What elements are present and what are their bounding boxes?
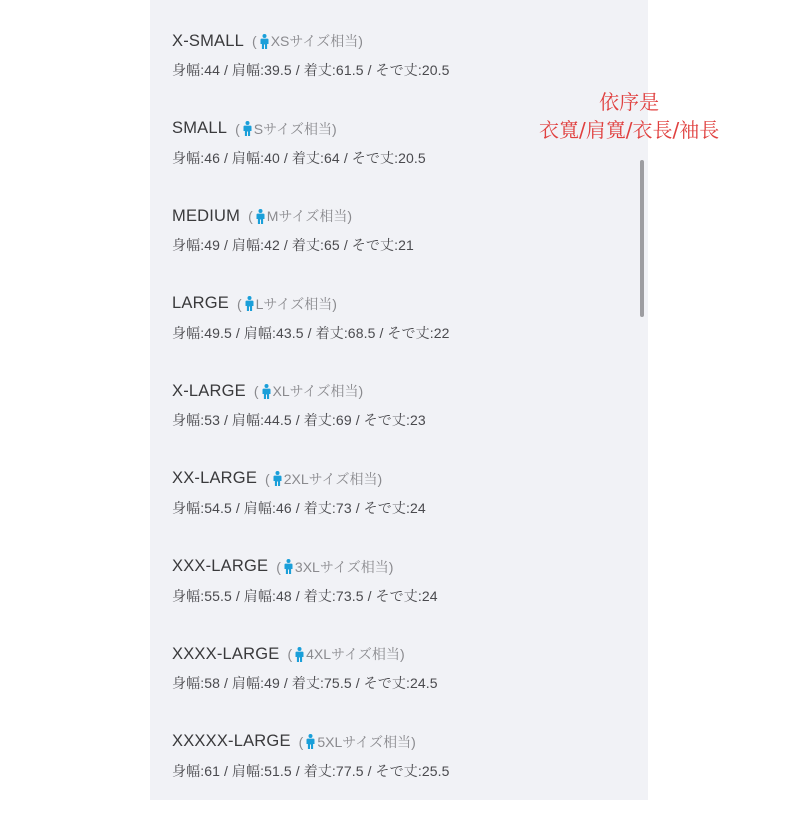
size-title: SMALL ( Sサイズ相当 )	[172, 116, 449, 142]
size-title: XXXXX-LARGE ( 5XLサイズ相当 )	[172, 729, 449, 755]
size-equivalent: ( 4XLサイズ相当 )	[287, 644, 404, 664]
size-measurements: 身幅:49 / 肩幅:42 / 着丈:65 / そで丈:21	[172, 235, 449, 255]
paren-open: (	[237, 296, 242, 312]
annotation-line-1: 依序是	[539, 88, 719, 116]
size-measurements: 身幅:53 / 肩幅:44.5 / 着丈:69 / そで丈:23	[172, 410, 449, 430]
size-measurements: 身幅:54.5 / 肩幅:46 / 着丈:73 / そで丈:24	[172, 498, 449, 518]
paren-close: )	[347, 208, 352, 224]
size-equivalent: ( Mサイズ相当 )	[248, 206, 352, 226]
size-name: SMALL	[172, 119, 227, 138]
measurement-order-annotation: 依序是 衣寬/肩寬/衣長/袖長	[539, 88, 719, 144]
size-title: MEDIUM ( Mサイズ相当 )	[172, 203, 449, 229]
size-name: XX-LARGE	[172, 469, 257, 488]
size-measurements: 身幅:61 / 肩幅:51.5 / 着丈:77.5 / そで丈:25.5	[172, 761, 449, 781]
paren-close: )	[400, 646, 405, 662]
size-item-s: SMALL ( Sサイズ相当 ) 身幅:46 / 肩幅:40 / 着丈:64 /…	[172, 116, 449, 204]
size-item-m: MEDIUM ( Mサイズ相当 ) 身幅:49 / 肩幅:42 / 着丈:65 …	[172, 203, 449, 291]
paren-open: (	[254, 383, 259, 399]
paren-close: )	[359, 383, 364, 399]
vertical-scrollbar[interactable]	[640, 160, 644, 317]
size-measurements: 身幅:55.5 / 肩幅:48 / 着丈:73.5 / そで丈:24	[172, 586, 449, 606]
size-equiv-label: 2XLサイズ相当	[284, 469, 378, 489]
paren-close: )	[332, 296, 337, 312]
size-name: X-LARGE	[172, 382, 246, 401]
size-equivalent: ( 5XLサイズ相当 )	[299, 732, 416, 752]
person-icon	[262, 384, 271, 399]
size-equivalent: ( Lサイズ相当 )	[237, 294, 337, 314]
size-equiv-label: 3XLサイズ相当	[295, 557, 389, 577]
person-icon	[256, 209, 265, 224]
size-equiv-label: XLサイズ相当	[273, 381, 359, 401]
size-item-2xl: XX-LARGE ( 2XLサイズ相当 ) 身幅:54.5 / 肩幅:46 / …	[172, 466, 449, 554]
size-name: MEDIUM	[172, 207, 240, 226]
size-name: LARGE	[172, 294, 229, 313]
size-title: X-SMALL ( XSサイズ相当 )	[172, 28, 449, 54]
size-title: LARGE ( Lサイズ相当 )	[172, 291, 449, 317]
size-item-4xl: XXXX-LARGE ( 4XLサイズ相当 ) 身幅:58 / 肩幅:49 / …	[172, 641, 449, 729]
size-list: X-SMALL ( XSサイズ相当 ) 身幅:44 / 肩幅:39.5 / 着丈…	[172, 28, 449, 800]
size-name: XXX-LARGE	[172, 557, 268, 576]
size-item-xl: X-LARGE ( XLサイズ相当 ) 身幅:53 / 肩幅:44.5 / 着丈…	[172, 378, 449, 466]
paren-close: )	[358, 33, 363, 49]
size-name: XXXX-LARGE	[172, 645, 279, 664]
size-item-5xl: XXXXX-LARGE ( 5XLサイズ相当 ) 身幅:61 / 肩幅:51.5…	[172, 729, 449, 800]
size-equivalent: ( Sサイズ相当 )	[235, 119, 337, 139]
person-icon	[243, 121, 252, 136]
size-equivalent: ( XLサイズ相当 )	[254, 381, 363, 401]
person-icon	[284, 559, 293, 574]
size-measurements: 身幅:49.5 / 肩幅:43.5 / 着丈:68.5 / そで丈:22	[172, 323, 449, 343]
size-equiv-label: Lサイズ相当	[256, 294, 333, 314]
person-icon	[245, 296, 254, 311]
size-equivalent: ( 2XLサイズ相当 )	[265, 469, 382, 489]
size-item-l: LARGE ( Lサイズ相当 ) 身幅:49.5 / 肩幅:43.5 / 着丈:…	[172, 291, 449, 379]
paren-close: )	[332, 121, 337, 137]
person-icon	[295, 647, 304, 662]
size-equiv-label: Sサイズ相当	[254, 119, 332, 139]
size-equiv-label: XSサイズ相当	[271, 31, 359, 51]
size-title: X-LARGE ( XLサイズ相当 )	[172, 378, 449, 404]
size-measurements: 身幅:46 / 肩幅:40 / 着丈:64 / そで丈:20.5	[172, 148, 449, 168]
paren-close: )	[389, 559, 394, 575]
size-title: XXXX-LARGE ( 4XLサイズ相当 )	[172, 641, 449, 667]
size-equivalent: ( 3XLサイズ相当 )	[276, 557, 393, 577]
size-name: XXXXX-LARGE	[172, 732, 291, 751]
person-icon	[273, 471, 282, 486]
paren-open: (	[235, 121, 240, 137]
paren-open: (	[299, 734, 304, 750]
size-equiv-label: Mサイズ相当	[267, 206, 348, 226]
paren-open: (	[276, 559, 281, 575]
size-measurements: 身幅:44 / 肩幅:39.5 / 着丈:61.5 / そで丈:20.5	[172, 60, 449, 80]
paren-open: (	[287, 646, 292, 662]
paren-open: (	[265, 471, 270, 487]
paren-open: (	[252, 33, 257, 49]
size-title: XX-LARGE ( 2XLサイズ相当 )	[172, 466, 449, 492]
size-item-xs: X-SMALL ( XSサイズ相当 ) 身幅:44 / 肩幅:39.5 / 着丈…	[172, 28, 449, 116]
paren-open: (	[248, 208, 253, 224]
size-title: XXX-LARGE ( 3XLサイズ相当 )	[172, 554, 449, 580]
size-name: X-SMALL	[172, 32, 244, 51]
size-chart-panel[interactable]: X-SMALL ( XSサイズ相当 ) 身幅:44 / 肩幅:39.5 / 着丈…	[150, 0, 648, 800]
paren-close: )	[378, 471, 383, 487]
size-equiv-label: 4XLサイズ相当	[306, 644, 400, 664]
size-equivalent: ( XSサイズ相当 )	[252, 31, 363, 51]
annotation-line-2: 衣寬/肩寬/衣長/袖長	[539, 116, 719, 144]
size-equiv-label: 5XLサイズ相当	[317, 732, 411, 752]
size-measurements: 身幅:58 / 肩幅:49 / 着丈:75.5 / そで丈:24.5	[172, 673, 449, 693]
person-icon	[260, 34, 269, 49]
paren-close: )	[411, 734, 416, 750]
person-icon	[306, 734, 315, 749]
size-item-3xl: XXX-LARGE ( 3XLサイズ相当 ) 身幅:55.5 / 肩幅:48 /…	[172, 554, 449, 642]
